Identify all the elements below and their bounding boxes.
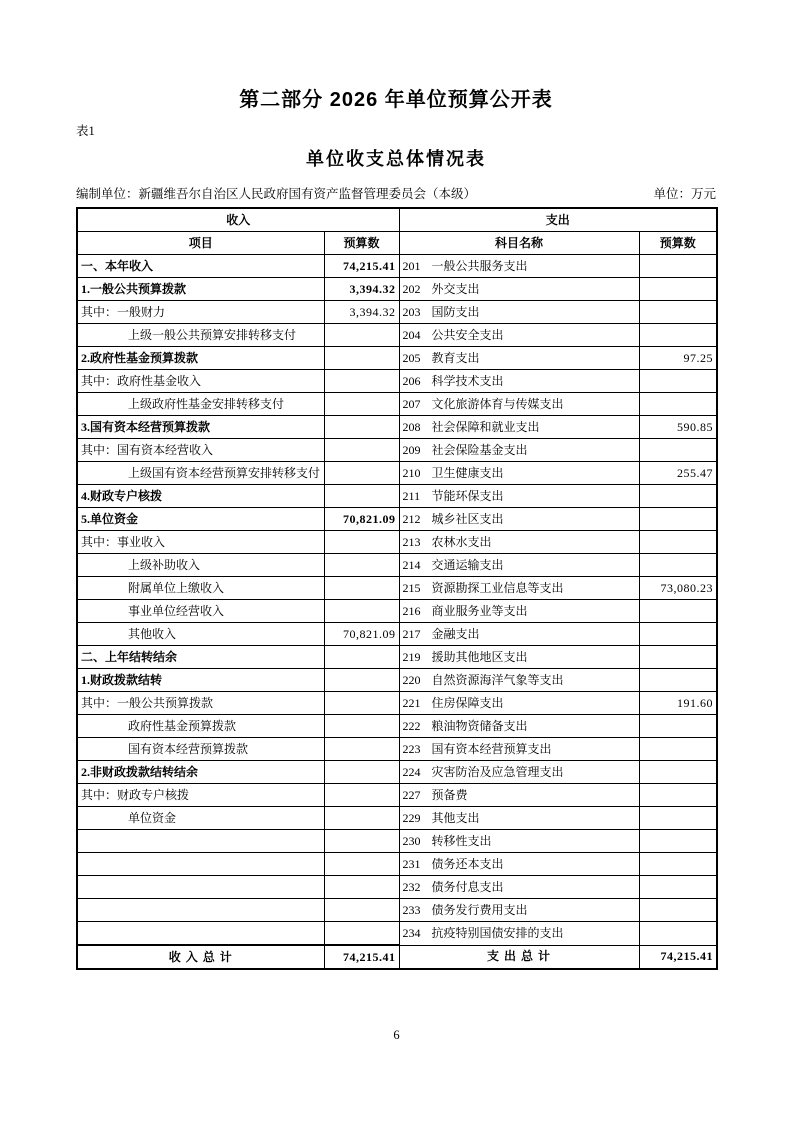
- table-row: 其中：国有资本经营收入209社会保险基金支出: [77, 439, 717, 462]
- income-budget-cell: [324, 577, 399, 600]
- subject-cell: 224灾害防治及应急管理支出: [399, 761, 639, 784]
- subject-cell: 216商业服务业等支出: [399, 600, 639, 623]
- table-label: 表1: [76, 124, 716, 139]
- subject-name: 国有资本经营预算支出: [432, 742, 552, 756]
- subject-name: 转移性支出: [432, 834, 492, 848]
- table-row: 3.国有资本经营预算拨款208社会保障和就业支出590.85: [77, 416, 717, 439]
- item-cell: 5.单位资金: [77, 508, 324, 531]
- item-cell: 二、上年结转结余: [77, 646, 324, 669]
- expense-budget-cell: [639, 922, 717, 946]
- expense-budget-cell: 97.25: [639, 347, 717, 370]
- subject-cell: 221住房保障支出: [399, 692, 639, 715]
- item-cell: 单位资金: [77, 807, 324, 830]
- income-total-label: 收 入 总 计: [77, 945, 324, 969]
- item-cell: 2.非财政拨款结转结余: [77, 761, 324, 784]
- subject-code: 216: [403, 604, 424, 619]
- expense-section-header: 支出: [399, 208, 717, 232]
- part-title: 第二部分 2026 年单位预算公开表: [76, 88, 716, 112]
- table-row: 其中：一般公共预算拨款221住房保障支出191.60: [77, 692, 717, 715]
- expense-budget-cell: [639, 669, 717, 692]
- income-budget-cell: [324, 922, 399, 946]
- item-cell: 上级补助收入: [77, 554, 324, 577]
- table-row: 4.财政专户核拨211节能环保支出: [77, 485, 717, 508]
- subject-cell: 206科学技术支出: [399, 370, 639, 393]
- item-cell: [77, 853, 324, 876]
- income-budget-cell: [324, 738, 399, 761]
- subject-code: 224: [403, 765, 424, 780]
- item-cell: 2.政府性基金预算拨款: [77, 347, 324, 370]
- item-cell: 4.财政专户核拨: [77, 485, 324, 508]
- income-budget-cell: [324, 830, 399, 853]
- table-row: 政府性基金预算拨款222粮油物资储备支出: [77, 715, 717, 738]
- subject-name: 债务还本支出: [432, 857, 504, 871]
- subject-cell: 217金融支出: [399, 623, 639, 646]
- table-row: 232债务付息支出: [77, 876, 717, 899]
- table-body: 一、本年收入74,215.41201一般公共服务支出1.一般公共预算拨款3,39…: [77, 255, 717, 946]
- expense-budget-cell: [639, 485, 717, 508]
- income-budget-cell: [324, 347, 399, 370]
- subject-code: 204: [403, 328, 424, 343]
- expense-budget-cell: 73,080.23: [639, 577, 717, 600]
- income-budget-cell: [324, 370, 399, 393]
- subject-code: 230: [403, 834, 424, 849]
- income-budget-cell: [324, 807, 399, 830]
- subject-name: 节能环保支出: [432, 489, 504, 503]
- subject-name: 灾害防治及应急管理支出: [432, 765, 564, 779]
- subject-cell: 204公共安全支出: [399, 324, 639, 347]
- expense-budget-cell: [639, 324, 717, 347]
- subject-name: 国防支出: [432, 305, 480, 319]
- item-cell: 附属单位上缴收入: [77, 577, 324, 600]
- subject-code: 217: [403, 627, 424, 642]
- expense-budget-cell: [639, 784, 717, 807]
- item-cell: 1.一般公共预算拨款: [77, 278, 324, 301]
- subject-name: 金融支出: [432, 627, 480, 641]
- income-budget-cell: [324, 439, 399, 462]
- budget-document-page: 第二部分 2026 年单位预算公开表 表1 单位收支总体情况表 编制单位：新疆维…: [0, 0, 793, 1122]
- subject-code: 205: [403, 351, 424, 366]
- subject-name: 科学技术支出: [432, 374, 504, 388]
- subject-code: 233: [403, 903, 424, 918]
- table-row: 事业单位经营收入216商业服务业等支出: [77, 600, 717, 623]
- subject-name: 债务发行费用支出: [432, 903, 528, 917]
- expense-budget-cell: 255.47: [639, 462, 717, 485]
- income-budget-cell: 3,394.32: [324, 278, 399, 301]
- item-cell: 其中：事业收入: [77, 531, 324, 554]
- subject-cell: 215资源勘探工业信息等支出: [399, 577, 639, 600]
- income-budget-cell: [324, 646, 399, 669]
- subject-cell: 223国有资本经营预算支出: [399, 738, 639, 761]
- expense-budget-cell: [639, 508, 717, 531]
- subject-code: 232: [403, 880, 424, 895]
- expense-budget-cell: [639, 876, 717, 899]
- subject-name: 教育支出: [432, 351, 480, 365]
- subject-cell: 234抗疫特别国债安排的支出: [399, 922, 639, 946]
- income-budget-cell: [324, 462, 399, 485]
- income-budget-cell: [324, 715, 399, 738]
- col-header-expense-budget: 预算数: [639, 232, 717, 255]
- income-budget-cell: 70,821.09: [324, 623, 399, 646]
- income-budget-cell: [324, 853, 399, 876]
- subject-cell: 203国防支出: [399, 301, 639, 324]
- table-header: 收入 支出 项目 预算数 科目名称 预算数: [77, 208, 717, 255]
- meta-row: 编制单位：新疆维吾尔自治区人民政府国有资产监督管理委员会（本级） 单位：万元: [76, 186, 716, 202]
- subject-code: 209: [403, 443, 424, 458]
- table-row: 上级国有资本经营预算安排转移支付210卫生健康支出255.47: [77, 462, 717, 485]
- subject-code: 203: [403, 305, 424, 320]
- expense-budget-cell: [639, 623, 717, 646]
- subject-name: 卫生健康支出: [432, 466, 504, 480]
- subject-cell: 210卫生健康支出: [399, 462, 639, 485]
- income-budget-cell: [324, 784, 399, 807]
- item-cell: 3.国有资本经营预算拨款: [77, 416, 324, 439]
- expense-budget-cell: [639, 738, 717, 761]
- page-number: 6: [0, 1028, 793, 1043]
- subject-code: 211: [403, 489, 424, 504]
- subject-code: 212: [403, 512, 424, 527]
- subject-name: 粮油物资储备支出: [432, 719, 528, 733]
- table-row: 230转移性支出: [77, 830, 717, 853]
- subject-code: 229: [403, 811, 424, 826]
- subject-code: 220: [403, 673, 424, 688]
- table-row: 其中：财政专户核拨227预备费: [77, 784, 717, 807]
- expense-budget-cell: [639, 899, 717, 922]
- item-cell: [77, 922, 324, 946]
- subject-name: 援助其他地区支出: [432, 650, 528, 664]
- item-cell: [77, 830, 324, 853]
- subject-code: 214: [403, 558, 424, 573]
- expense-budget-cell: [639, 830, 717, 853]
- subject-cell: 211节能环保支出: [399, 485, 639, 508]
- expense-budget-cell: [639, 761, 717, 784]
- income-total-value: 74,215.41: [324, 945, 399, 969]
- item-cell: 政府性基金预算拨款: [77, 715, 324, 738]
- subject-code: 219: [403, 650, 424, 665]
- section-header-row: 收入 支出: [77, 208, 717, 232]
- expense-budget-cell: [639, 255, 717, 278]
- subject-code: 213: [403, 535, 424, 550]
- expense-total-label: 支 出 总 计: [399, 945, 639, 969]
- subject-cell: 201一般公共服务支出: [399, 255, 639, 278]
- income-budget-cell: [324, 669, 399, 692]
- table-row: 上级政府性基金安排转移支付207文化旅游体育与传媒支出: [77, 393, 717, 416]
- income-budget-cell: [324, 600, 399, 623]
- prepared-by-label: 编制单位：新疆维吾尔自治区人民政府国有资产监督管理委员会（本级）: [76, 186, 476, 202]
- item-cell: 其中：财政专户核拨: [77, 784, 324, 807]
- expense-budget-cell: [639, 554, 717, 577]
- table-row: 一、本年收入74,215.41201一般公共服务支出: [77, 255, 717, 278]
- table-row: 2.政府性基金预算拨款205教育支出97.25: [77, 347, 717, 370]
- income-budget-cell: 3,394.32: [324, 301, 399, 324]
- subject-cell: 233债务发行费用支出: [399, 899, 639, 922]
- table-row: 上级补助收入214交通运输支出: [77, 554, 717, 577]
- expense-budget-cell: 590.85: [639, 416, 717, 439]
- income-budget-cell: 74,215.41: [324, 255, 399, 278]
- subject-code: 206: [403, 374, 424, 389]
- income-budget-cell: [324, 876, 399, 899]
- table-footer: 收 入 总 计 74,215.41 支 出 总 计 74,215.41: [77, 945, 717, 969]
- expense-budget-cell: [639, 807, 717, 830]
- subject-code: 210: [403, 466, 424, 481]
- subject-name: 交通运输支出: [432, 558, 504, 572]
- item-cell: [77, 899, 324, 922]
- subject-cell: 205教育支出: [399, 347, 639, 370]
- subject-name: 文化旅游体育与传媒支出: [432, 397, 564, 411]
- total-row: 收 入 总 计 74,215.41 支 出 总 计 74,215.41: [77, 945, 717, 969]
- expense-budget-cell: [639, 439, 717, 462]
- table-title: 单位收支总体情况表: [76, 148, 716, 170]
- subject-cell: 229其他支出: [399, 807, 639, 830]
- income-budget-cell: [324, 899, 399, 922]
- expense-budget-cell: [639, 646, 717, 669]
- subject-name: 社会保障和就业支出: [432, 420, 540, 434]
- subject-code: 208: [403, 420, 424, 435]
- expense-budget-cell: [639, 278, 717, 301]
- table-row: 上级一般公共预算安排转移支付204公共安全支出: [77, 324, 717, 347]
- expense-budget-cell: [639, 301, 717, 324]
- table-row: 5.单位资金70,821.09212城乡社区支出: [77, 508, 717, 531]
- item-cell: 其他收入: [77, 623, 324, 646]
- col-header-income-budget: 预算数: [324, 232, 399, 255]
- subject-cell: 202外交支出: [399, 278, 639, 301]
- item-cell: 1.财政拨款结转: [77, 669, 324, 692]
- subject-name: 抗疫特别国债安排的支出: [432, 926, 564, 940]
- income-section-header: 收入: [77, 208, 399, 232]
- income-budget-cell: [324, 692, 399, 715]
- expense-total-value: 74,215.41: [639, 945, 717, 969]
- table-row: 其中：事业收入213农林水支出: [77, 531, 717, 554]
- table-row: 2.非财政拨款结转结余224灾害防治及应急管理支出: [77, 761, 717, 784]
- income-budget-cell: [324, 416, 399, 439]
- subject-name: 资源勘探工业信息等支出: [432, 581, 564, 595]
- item-cell: 其中：国有资本经营收入: [77, 439, 324, 462]
- table-row: 二、上年结转结余219援助其他地区支出: [77, 646, 717, 669]
- subject-name: 其他支出: [432, 811, 480, 825]
- item-cell: 其中：一般财力: [77, 301, 324, 324]
- table-row: 1.财政拨款结转220自然资源海洋气象等支出: [77, 669, 717, 692]
- column-header-row: 项目 预算数 科目名称 预算数: [77, 232, 717, 255]
- expense-budget-cell: [639, 715, 717, 738]
- subject-cell: 209社会保险基金支出: [399, 439, 639, 462]
- subject-code: 223: [403, 742, 424, 757]
- table-row: 233债务发行费用支出: [77, 899, 717, 922]
- subject-code: 202: [403, 282, 424, 297]
- subject-cell: 207文化旅游体育与传媒支出: [399, 393, 639, 416]
- income-budget-cell: [324, 485, 399, 508]
- item-cell: 事业单位经营收入: [77, 600, 324, 623]
- item-cell: 其中：政府性基金收入: [77, 370, 324, 393]
- expense-budget-cell: [639, 600, 717, 623]
- expense-budget-cell: [639, 853, 717, 876]
- income-budget-cell: 70,821.09: [324, 508, 399, 531]
- table-row: 其他收入70,821.09217金融支出: [77, 623, 717, 646]
- subject-code: 201: [403, 259, 424, 274]
- subject-cell: 219援助其他地区支出: [399, 646, 639, 669]
- item-cell: [77, 876, 324, 899]
- table-row: 国有资本经营预算拨款223国有资本经营预算支出: [77, 738, 717, 761]
- income-budget-cell: [324, 554, 399, 577]
- subject-name: 债务付息支出: [432, 880, 504, 894]
- subject-code: 234: [403, 926, 424, 941]
- subject-cell: 232债务付息支出: [399, 876, 639, 899]
- item-cell: 其中：一般公共预算拨款: [77, 692, 324, 715]
- subject-cell: 214交通运输支出: [399, 554, 639, 577]
- subject-cell: 227预备费: [399, 784, 639, 807]
- item-cell: 国有资本经营预算拨款: [77, 738, 324, 761]
- subject-name: 农林水支出: [432, 535, 492, 549]
- subject-cell: 231债务还本支出: [399, 853, 639, 876]
- subject-code: 231: [403, 857, 424, 872]
- table-row: 234抗疫特别国债安排的支出: [77, 922, 717, 946]
- col-header-item: 项目: [77, 232, 324, 255]
- expense-budget-cell: 191.60: [639, 692, 717, 715]
- subject-name: 住房保障支出: [432, 696, 504, 710]
- expense-budget-cell: [639, 370, 717, 393]
- table-row: 附属单位上缴收入215资源勘探工业信息等支出73,080.23: [77, 577, 717, 600]
- subject-cell: 222粮油物资储备支出: [399, 715, 639, 738]
- subject-code: 227: [403, 788, 424, 803]
- item-cell: 一、本年收入: [77, 255, 324, 278]
- subject-code: 221: [403, 696, 424, 711]
- subject-code: 215: [403, 581, 424, 596]
- subject-code: 207: [403, 397, 424, 412]
- subject-name: 城乡社区支出: [432, 512, 504, 526]
- subject-name: 自然资源海洋气象等支出: [432, 673, 564, 687]
- subject-name: 预备费: [432, 788, 468, 802]
- subject-name: 商业服务业等支出: [432, 604, 528, 618]
- table-row: 其中：一般财力3,394.32203国防支出: [77, 301, 717, 324]
- table-row: 单位资金229其他支出: [77, 807, 717, 830]
- income-budget-cell: [324, 531, 399, 554]
- income-budget-cell: [324, 761, 399, 784]
- subject-cell: 220自然资源海洋气象等支出: [399, 669, 639, 692]
- subject-name: 社会保险基金支出: [432, 443, 528, 457]
- subject-name: 公共安全支出: [432, 328, 504, 342]
- subject-code: 222: [403, 719, 424, 734]
- col-header-subject: 科目名称: [399, 232, 639, 255]
- income-budget-cell: [324, 393, 399, 416]
- expense-budget-cell: [639, 531, 717, 554]
- subject-cell: 230转移性支出: [399, 830, 639, 853]
- subject-name: 外交支出: [432, 282, 480, 296]
- table-row: 1.一般公共预算拨款3,394.32202外交支出: [77, 278, 717, 301]
- subject-cell: 208社会保障和就业支出: [399, 416, 639, 439]
- budget-table: 收入 支出 项目 预算数 科目名称 预算数 一、本年收入74,215.41201…: [76, 207, 718, 970]
- table-row: 其中：政府性基金收入206科学技术支出: [77, 370, 717, 393]
- unit-note-label: 单位：万元: [653, 186, 716, 202]
- subject-name: 一般公共服务支出: [432, 259, 528, 273]
- subject-cell: 213农林水支出: [399, 531, 639, 554]
- item-cell: 上级政府性基金安排转移支付: [77, 393, 324, 416]
- item-cell: 上级国有资本经营预算安排转移支付: [77, 462, 324, 485]
- subject-cell: 212城乡社区支出: [399, 508, 639, 531]
- expense-budget-cell: [639, 393, 717, 416]
- table-row: 231债务还本支出: [77, 853, 717, 876]
- item-cell: 上级一般公共预算安排转移支付: [77, 324, 324, 347]
- income-budget-cell: [324, 324, 399, 347]
